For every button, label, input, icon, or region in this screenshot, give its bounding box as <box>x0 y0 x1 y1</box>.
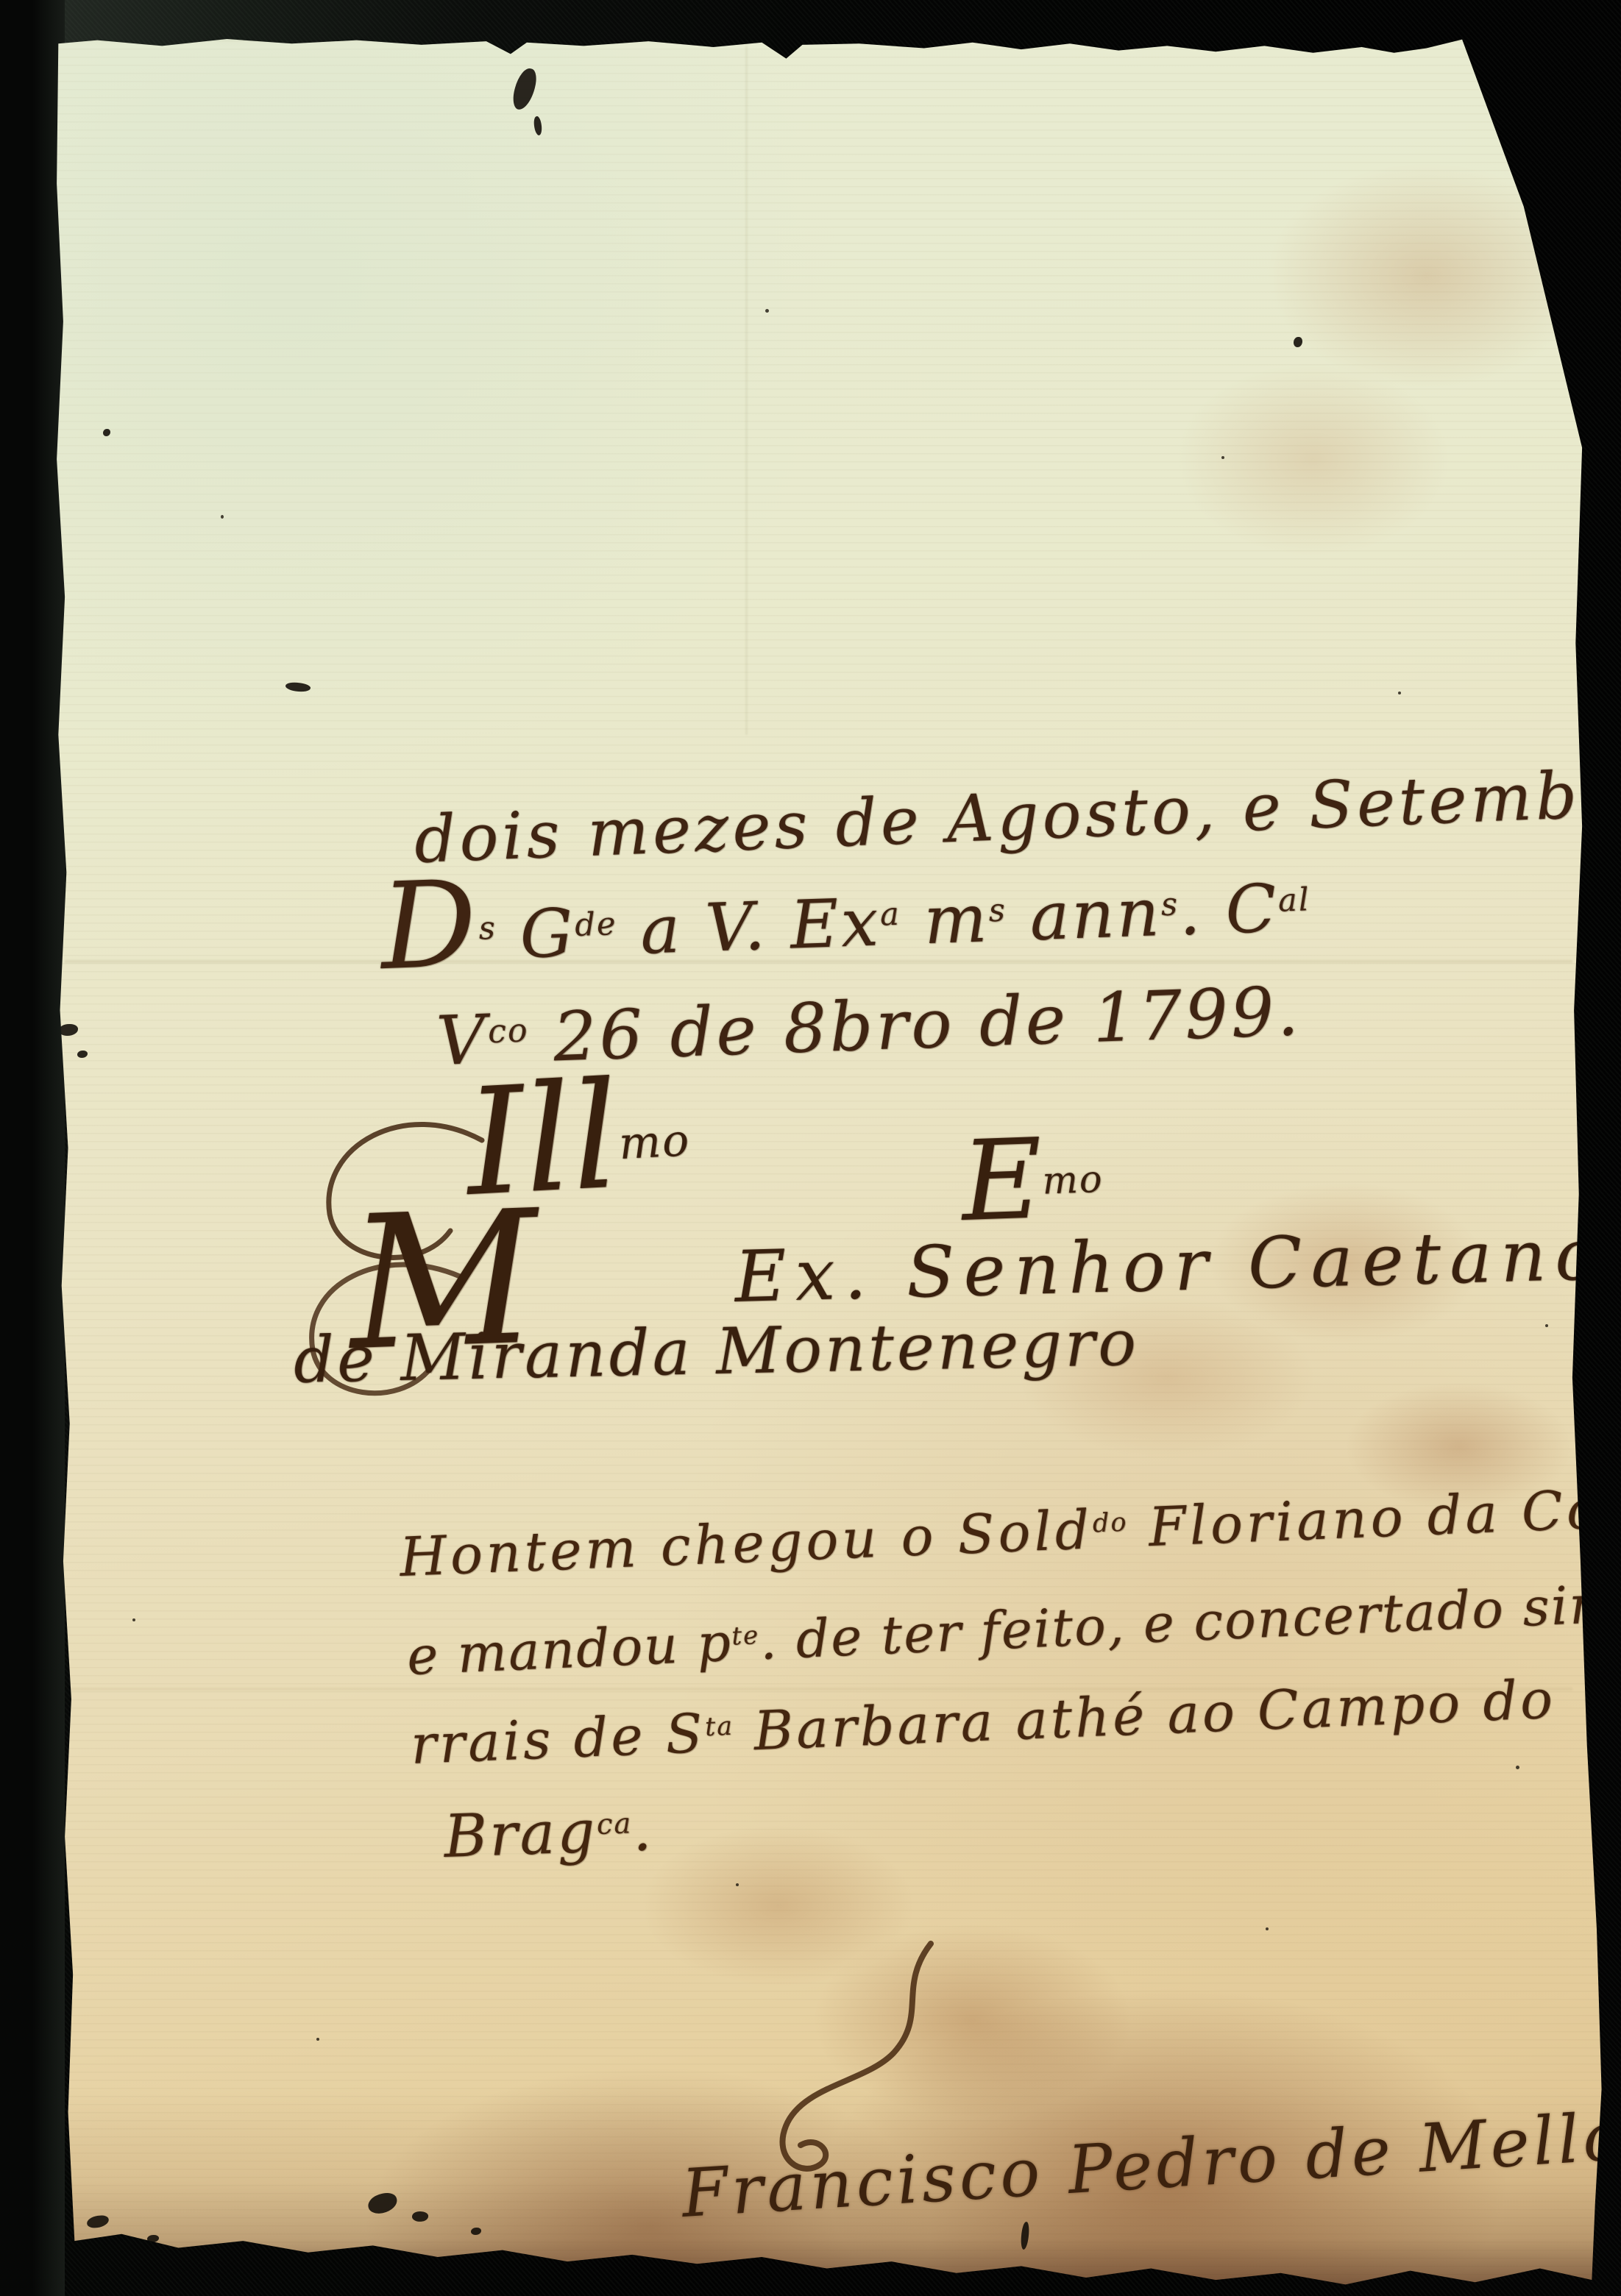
address-name-line: Ex. Senhor Caetano Pinto <box>734 1206 1621 1318</box>
ink-speck <box>77 1051 88 1058</box>
honorific-illmo-sup: mo <box>617 1115 692 1170</box>
body-line-3: rrais de Sta Barbara athé ao Campo do <box>410 1668 1557 1777</box>
paper-fleck <box>1266 1927 1269 1930</box>
valediction-ann: ann <box>1005 874 1163 956</box>
body-l4-a: Brag <box>443 1797 598 1871</box>
valediction-m: m <box>899 880 990 960</box>
ink-speck <box>1021 2222 1030 2250</box>
valediction-initial: D <box>378 856 480 998</box>
paper-fleck <box>1545 1324 1548 1327</box>
paper-fleck <box>316 2038 319 2041</box>
valediction-sup-al: al <box>1277 881 1310 919</box>
signature-rubric-path <box>782 1944 931 2169</box>
body-l4-sup: ca <box>596 1807 633 1841</box>
valediction-guarde: G <box>495 895 576 975</box>
honorific-exmo-text: E <box>960 1115 1045 1246</box>
ink-speck <box>366 2191 400 2216</box>
body-l2-sup: te <box>731 1621 760 1652</box>
body-l2-a: e mandou p <box>405 1612 733 1687</box>
body-l3-b: Barbara athé ao Campo do <box>733 1668 1557 1764</box>
valediction-sup-a: a <box>879 896 901 934</box>
body-l2-b: . de ter feito, e concertado sinco co= <box>759 1565 1621 1671</box>
body-l1-a: Hontem chegou o Sold <box>399 1499 1094 1589</box>
ink-speck <box>103 429 110 436</box>
ink-speck <box>1294 337 1302 347</box>
body-l4-b: . <box>631 1795 655 1864</box>
vertical-crease <box>745 46 748 734</box>
paper-fleck <box>1398 692 1401 694</box>
scanned-manuscript-scene: dois mezes de Agosto, e Setembro. Ds Gde… <box>0 0 1621 2296</box>
valediction-sup-s3: s <box>1160 886 1180 923</box>
ink-speck <box>285 681 311 694</box>
ink-speck <box>59 1024 78 1036</box>
ink-speck <box>471 2228 481 2235</box>
ink-speck <box>86 2214 110 2229</box>
date-sup-co: co <box>487 1012 529 1051</box>
valediction-sup-s: s <box>478 910 497 948</box>
paper-fleck <box>736 1883 739 1886</box>
body-l1-b: Floriano da Costa <box>1127 1474 1621 1560</box>
paper-fleck <box>221 515 224 519</box>
closing-months-line: dois mezes de Agosto, e Setembro. <box>413 753 1621 878</box>
ink-speck <box>510 66 539 113</box>
body-l1-sup: do <box>1092 1507 1128 1539</box>
closing-months-text: dois mezes de Agosto, e Setembro. <box>413 753 1621 878</box>
valediction-sup-de: de <box>574 906 617 944</box>
book-spine-shadow <box>0 0 65 2296</box>
paper-fleck <box>1516 1766 1519 1769</box>
paper-fleck <box>765 309 769 313</box>
manuscript-page: dois mezes de Agosto, e Setembro. Ds Gde… <box>0 0 1621 2296</box>
body-l3-a: rrais de S <box>410 1702 707 1777</box>
address-name-text: Ex. Senhor Caetano Pinto <box>734 1206 1621 1318</box>
valediction-vexa: a V. Ex <box>616 884 882 970</box>
paper-fleck <box>1221 456 1224 459</box>
body-l3-sup: ta <box>704 1711 734 1743</box>
body-line-1: Hontem chegou o Solddo Floriano da Costa <box>399 1474 1621 1589</box>
valediction-place-c: . C <box>1178 870 1280 950</box>
honorific-exmo-sup: mo <box>1041 1158 1104 1204</box>
ink-speck <box>411 2211 428 2222</box>
paper-fleck <box>132 1618 135 1621</box>
body-line-2: e mandou pte. de ter feito, e concertado… <box>405 1565 1621 1687</box>
body-line-4: Bragca. <box>443 1795 655 1871</box>
valediction-sup-s2: s <box>988 892 1007 930</box>
ink-speck <box>533 115 543 135</box>
